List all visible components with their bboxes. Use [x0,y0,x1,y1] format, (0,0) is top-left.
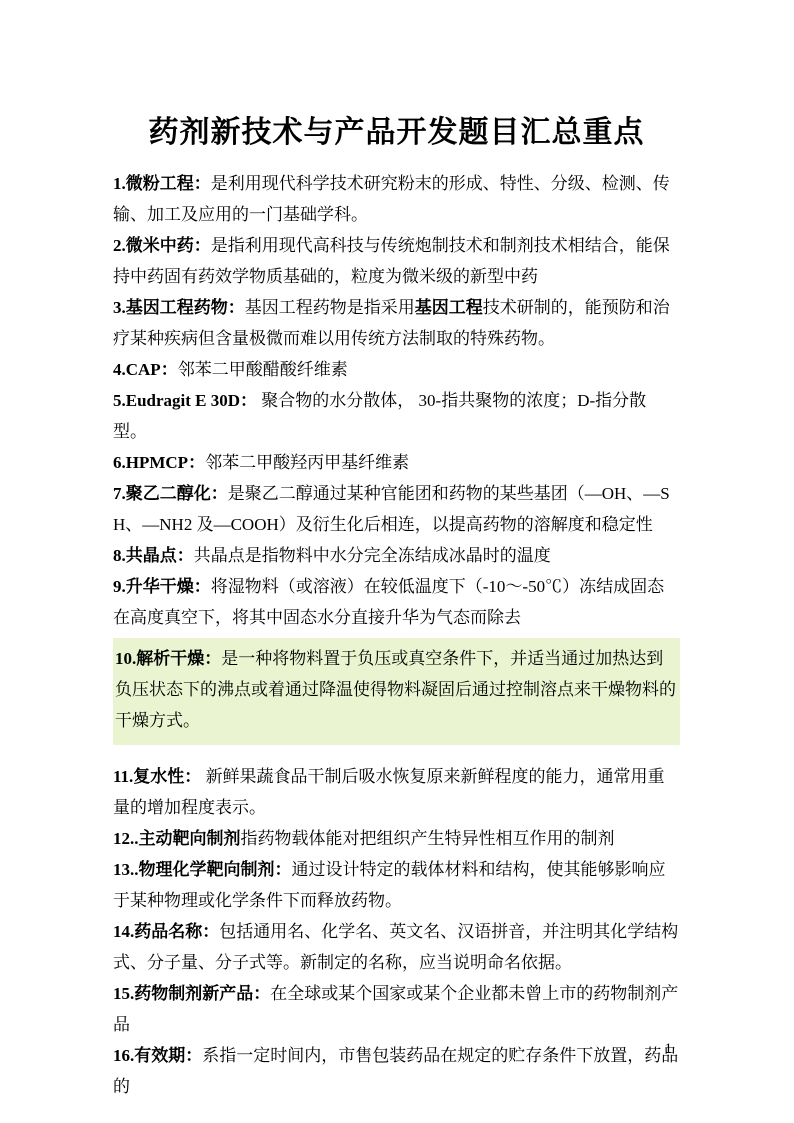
term-label: 3.基因工程药物： [113,298,245,317]
definition-item-11: 11.复水性： 新鲜果蔬食品干制后吸水恢复原来新鲜程度的能力，通常用重量的增加程… [113,761,680,823]
term-label: 8.共晶点： [113,546,194,565]
definition-text: 基因工程药物是指采用 [245,298,415,317]
page-number: 1 [665,1038,673,1060]
definition-item-10: 10.解析干燥：是一种将物料置于负压或真空条件下，并适当通过加热达到负压状态下的… [113,638,680,745]
definition-text: 邻苯二甲酸醋酸纤维素 [178,360,348,379]
definition-item-8: 8.共晶点：共晶点是指物料中水分完全冻结成冰晶时的温度 [113,540,680,571]
term-label: 11.复水性： [113,767,201,786]
term-label: 1.微粉工程： [113,174,211,193]
definition-item-16: 16.有效期：系指一定时间内，市售包装药品在规定的贮存条件下放置，药品的 [113,1040,680,1102]
definition-item-15: 15.药物制剂新产品：在全球或某个国家或某个企业都未曾上市的药物制剂产品 [113,978,680,1040]
term-label: 16.有效期： [113,1046,202,1065]
definition-text: 共晶点是指物料中水分完全冻结成冰晶时的温度 [194,546,551,565]
definition-item-5: 5.Eudragit E 30D： 聚合物的水分散体， 30-指共聚物的浓度；D… [113,385,680,447]
term-label: 7.聚乙二醇化： [113,484,228,503]
term-label: 5.Eudragit E 30D： [113,391,257,410]
definition-item-1: 1.微粉工程：是利用现代科学技术研究粉末的形成、特性、分级、检测、传输、加工及应… [113,168,680,230]
document-title: 药剂新技术与产品开发题目汇总重点 [113,112,680,154]
document-page: 药剂新技术与产品开发题目汇总重点 1.微粉工程：是利用现代科学技术研究粉末的形成… [0,0,794,1123]
definition-item-4: 4.CAP：邻苯二甲酸醋酸纤维素 [113,354,680,385]
term-label: 12..主动靶向制剂 [113,829,241,848]
term-label: 10.解析干燥： [115,649,221,668]
definition-text: 指药物载体能对把组织产生特异性相互作用的制剂 [241,829,615,848]
term-label: 15.药物制剂新产品： [113,984,270,1003]
term-label: 2.微米中药： [113,236,211,255]
term-label: 4.CAP： [113,360,178,379]
term-label: 14.药品名称： [113,922,219,941]
term-label: 9.升华干燥： [113,577,211,596]
definition-text: 邻苯二甲酸羟丙甲基纤维素 [205,453,409,472]
term-label: 13..物理化学靶向制剂： [113,860,292,879]
term-label: 6.HPMCP： [113,453,205,472]
definition-item-2: 2.微米中药：是指利用现代高科技与传统炮制技术和制剂技术相结合，能保持中药固有药… [113,230,680,292]
document-content: 药剂新技术与产品开发题目汇总重点 1.微粉工程：是利用现代科学技术研究粉末的形成… [113,112,680,1102]
definition-item-9: 9.升华干燥：将湿物料（或溶液）在较低温度下（-10～-50℃）冻结成固态在高度… [113,571,680,633]
definition-item-13: 13..物理化学靶向制剂：通过设计特定的载体材料和结构，使其能够影响应于某种物理… [113,854,680,916]
definition-item-6: 6.HPMCP：邻苯二甲酸羟丙甲基纤维素 [113,447,680,478]
definition-item-14: 14.药品名称：包括通用名、化学名、英文名、汉语拼音，并注明其化学结构式、分子量… [113,916,680,978]
definition-item-3: 3.基因工程药物：基因工程药物是指采用基因工程技术研制的，能预防和治疗某种疾病但… [113,292,680,354]
definition-item-7: 7.聚乙二醇化：是聚乙二醇通过某种官能团和药物的某些基团（—OH、—SH、—NH… [113,478,680,540]
definition-item-12: 12..主动靶向制剂指药物载体能对把组织产生特异性相互作用的制剂 [113,823,680,854]
term-label: 基因工程 [415,298,483,317]
definition-list: 1.微粉工程：是利用现代科学技术研究粉末的形成、特性、分级、检测、传输、加工及应… [113,168,680,1102]
